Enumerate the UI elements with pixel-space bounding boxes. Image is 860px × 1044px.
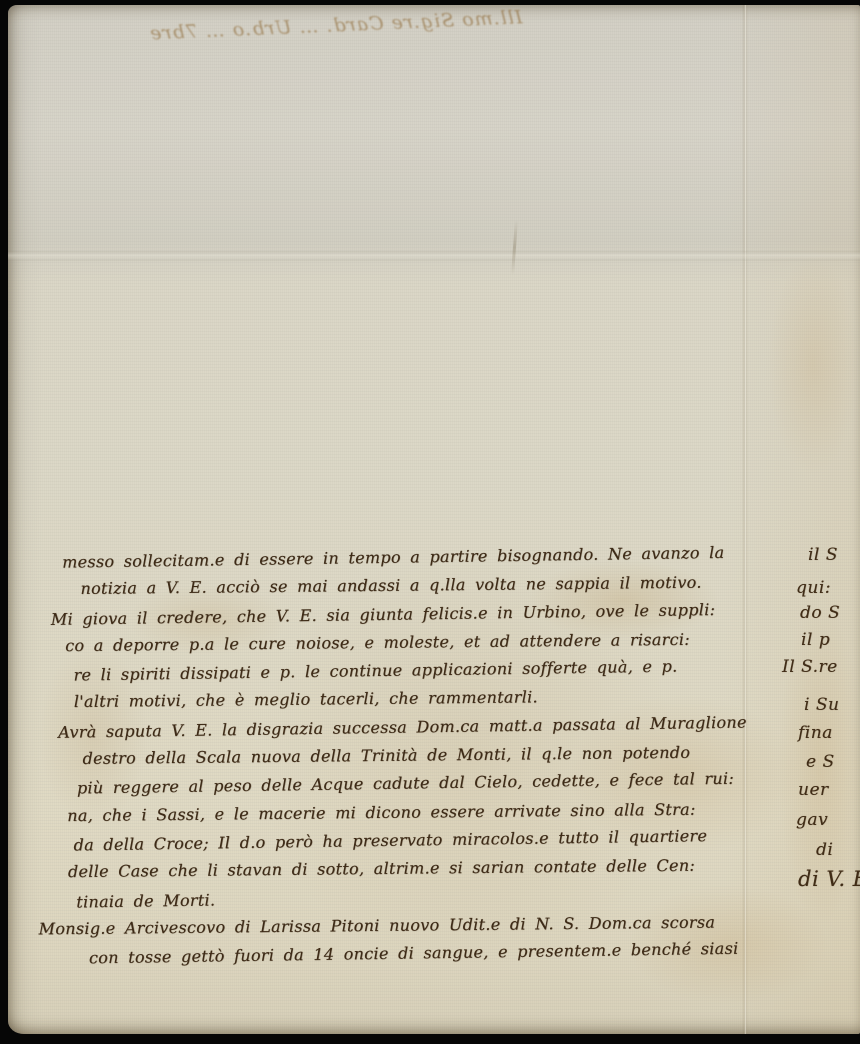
right-page-fragment: di V. E. (798, 867, 860, 891)
right-page-fragment: il S (808, 545, 838, 565)
right-page-fragment: do S (800, 603, 840, 623)
right-page-fragment: il p (801, 630, 830, 650)
small-crease-mark (511, 220, 518, 275)
letter-page: Ill.mo Sig.re Card. … Urb.o … 7bre messo… (8, 5, 860, 1034)
right-page-fragment: Il S.re (782, 657, 838, 677)
right-page-fragment: uer (798, 780, 829, 800)
showthrough-inscription: Ill.mo Sig.re Card. … Urb.o … 7bre (212, 6, 524, 65)
right-page-fragment: e S (806, 752, 835, 772)
right-page-fragment: fina (798, 723, 833, 743)
horizontal-fold-crease (8, 251, 860, 261)
stain (768, 255, 858, 475)
right-page-fragment: gav (796, 810, 828, 830)
letter-text-block: messo sollecitam.e di essere in tempo a … (8, 543, 773, 977)
right-page-fragment: di (816, 840, 833, 860)
right-page-fragment: qui: (796, 578, 831, 598)
right-page-fragment: i Su (804, 695, 839, 715)
scan-background: Ill.mo Sig.re Card. … Urb.o … 7bre messo… (0, 0, 860, 1044)
